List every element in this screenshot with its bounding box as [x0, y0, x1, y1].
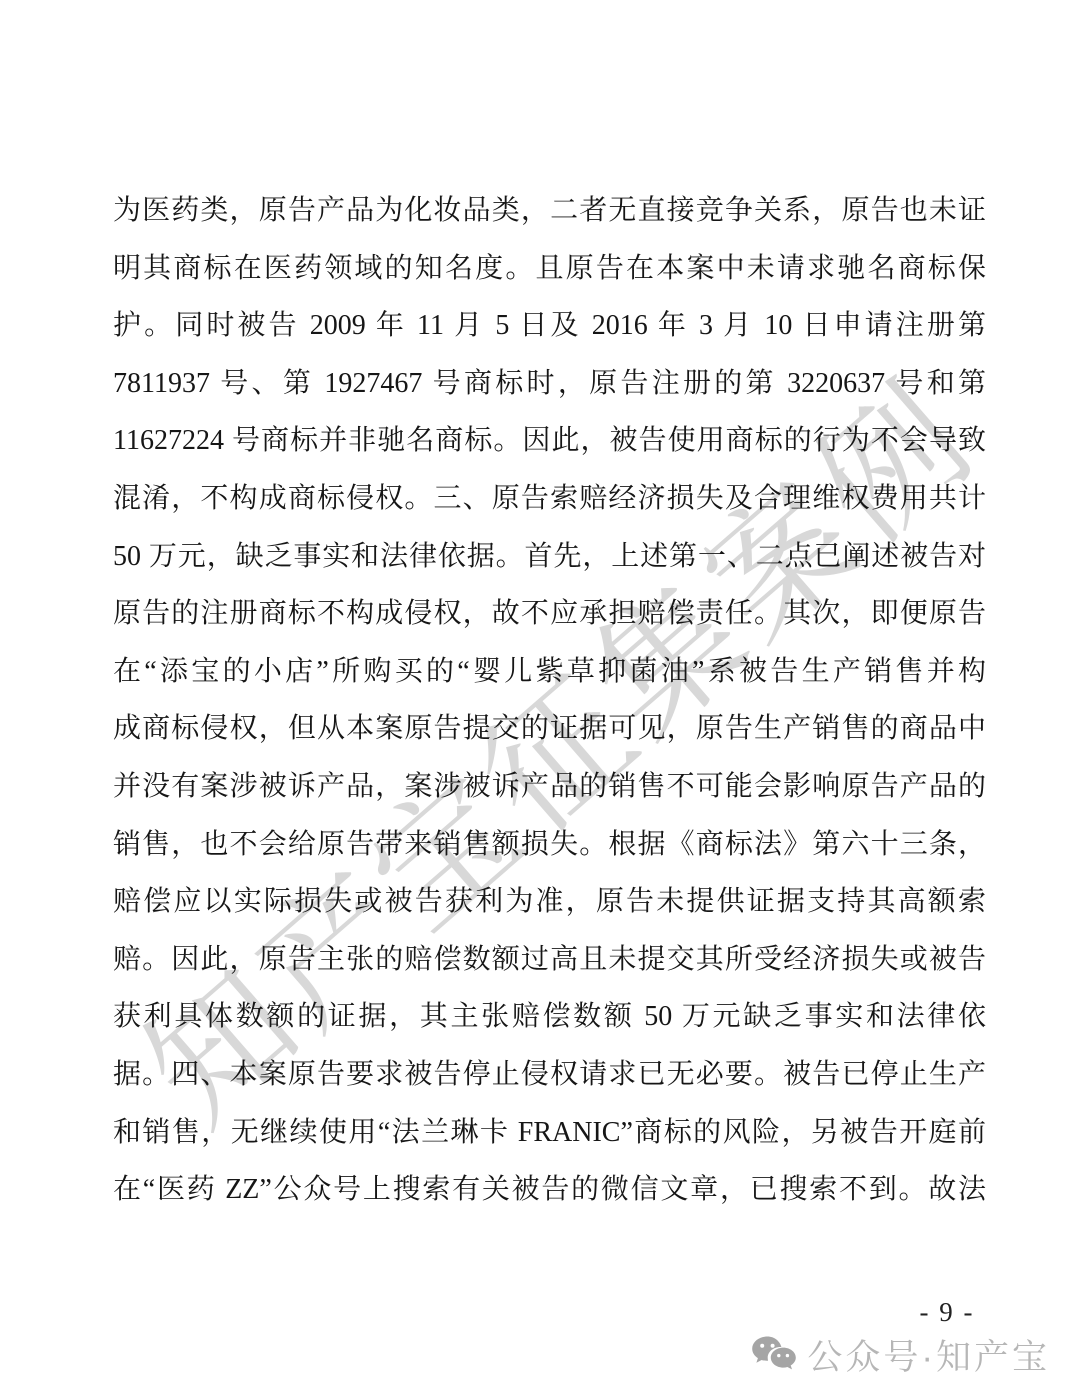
document-page: 知产宝征集案例 为医药类，原告产品为化妆品类，二者无直接竞争关系，原告也未证 明… — [0, 0, 1080, 1397]
wechat-icon — [751, 1335, 797, 1375]
document-line: 50 万元，缺乏事实和法律依据。首先，上述第一、二点已阐述被告对 — [113, 528, 986, 586]
document-line: 11627224 号商标并非驰名商标。因此，被告使用商标的行为不会导致 — [113, 412, 986, 470]
document-line: 并没有案涉被诉产品，案涉被诉产品的销售不可能会影响原告产品的 — [113, 758, 986, 816]
document-line: 为医药类，原告产品为化妆品类，二者无直接竞争关系，原告也未证 — [113, 182, 986, 240]
wechat-account-badge: 公众号·知产宝 — [751, 1330, 1050, 1380]
document-line: 原告的注册商标不构成侵权，故不应承担赔偿责任。其次，即便原告 — [113, 585, 986, 643]
document-line: 获利具体数额的证据，其主张赔偿数额 50 万元缺乏事实和法律依 — [113, 988, 986, 1046]
document-line: 混淆，不构成商标侵权。三、原告索赔经济损失及合理维权费用共计 — [113, 470, 986, 528]
document-line: 在“添宝的小店”所购买的“婴儿紫草抑菌油”系被告生产销售并构 — [113, 643, 986, 701]
document-line: 成商标侵权，但从本案原告提交的证据可见，原告生产销售的商品中 — [113, 700, 986, 758]
document-line: 在“医药 ZZ”公众号上搜索有关被告的微信文章，已搜索不到。故法 — [113, 1161, 986, 1219]
document-line: 明其商标在医药领域的知名度。且原告在本案中未请求驰名商标保 — [113, 240, 986, 298]
document-line: 赔偿应以实际损失或被告获利为准，原告未提供证据支持其高额索 — [113, 873, 986, 931]
document-line: 7811937 号、第 1927467 号商标时，原告注册的第 3220637 … — [113, 355, 986, 413]
document-line: 赔。因此，原告主张的赔偿数额过高且未提交其所受经济损失或被告 — [113, 931, 986, 989]
document-line: 护。同时被告 2009 年 11 月 5 日及 2016 年 3 月 10 日申… — [113, 297, 986, 355]
document-line: 据。四、本案原告要求被告停止侵权请求已无必要。被告已停止生产 — [113, 1046, 986, 1104]
wechat-account-label: 公众号·知产宝 — [807, 1330, 1050, 1380]
document-line: 和销售，无继续使用“法兰琳卡 FRANIC”商标的风险，另被告开庭前 — [113, 1104, 986, 1162]
document-body: 为医药类，原告产品为化妆品类，二者无直接竞争关系，原告也未证 明其商标在医药领域… — [113, 182, 986, 1219]
document-line: 销售，也不会给原告带来销售额损失。根据《商标法》第六十三条， — [113, 816, 986, 874]
page-number: - 9 - — [887, 1297, 1007, 1328]
